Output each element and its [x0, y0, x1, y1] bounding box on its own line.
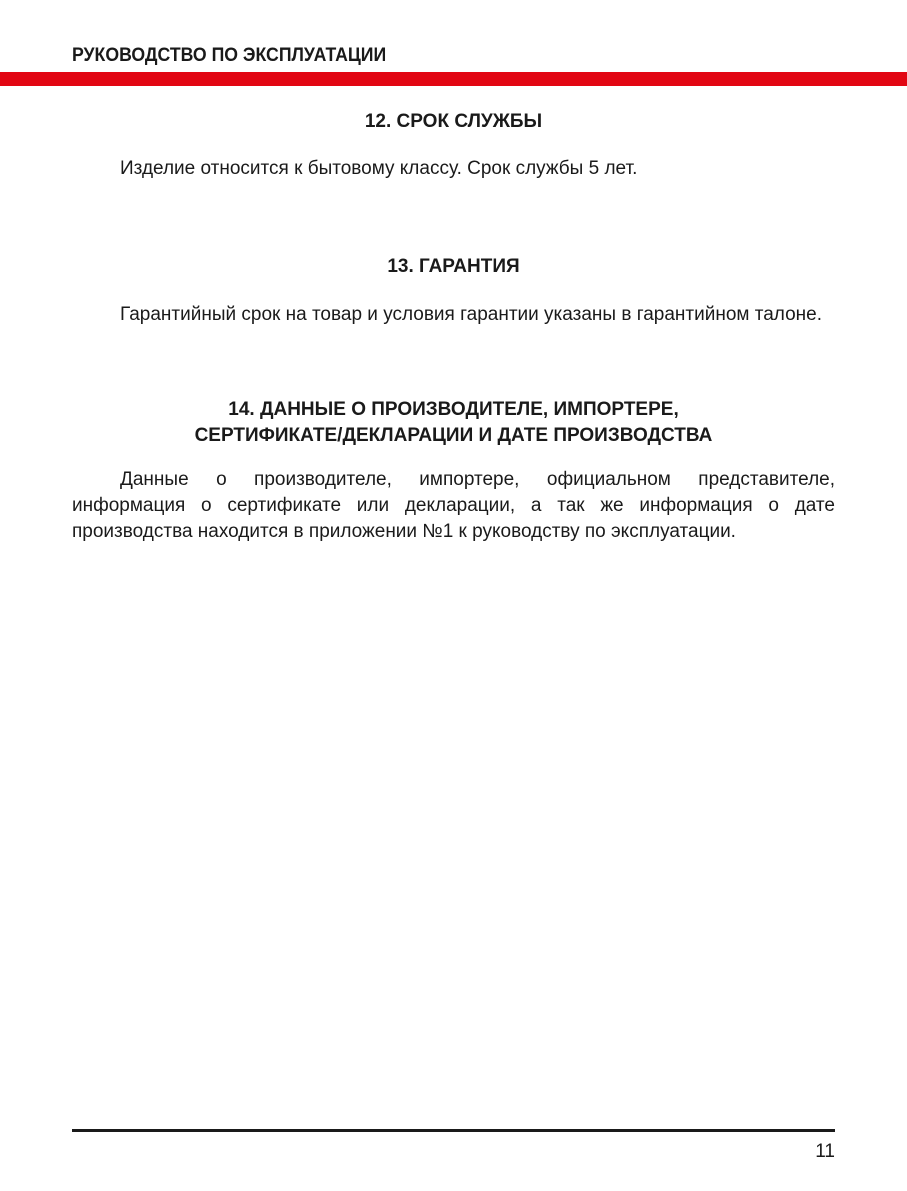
section-12-body: Изделие относится к бытовому классу. Сро…	[120, 156, 637, 182]
header-accent-bar	[0, 72, 907, 86]
section-12-heading: 12. СРОК СЛУЖБЫ	[0, 109, 907, 135]
page-number: 11	[815, 1141, 835, 1163]
section-14-heading-line-2: СЕРТИФИКАТЕ/ДЕКЛАРАЦИИ И ДАТЕ ПРОИЗВОДСТ…	[0, 423, 907, 449]
section-13-body: Гарантийный срок на товар и условия гара…	[120, 302, 822, 328]
footer-rule	[72, 1129, 835, 1132]
section-13-heading: 13. ГАРАНТИЯ	[0, 254, 907, 280]
section-14-heading: 14. ДАННЫЕ О ПРОИЗВОДИТЕЛЕ, ИМПОРТЕРЕ, С…	[0, 397, 907, 449]
running-header: РУКОВОДСТВО ПО ЭКСПЛУАТАЦИИ	[72, 45, 386, 67]
section-14-body: Данные о производителе, импортере, офици…	[72, 467, 835, 545]
section-14-heading-line-1: 14. ДАННЫЕ О ПРОИЗВОДИТЕЛЕ, ИМПОРТЕРЕ,	[0, 397, 907, 423]
